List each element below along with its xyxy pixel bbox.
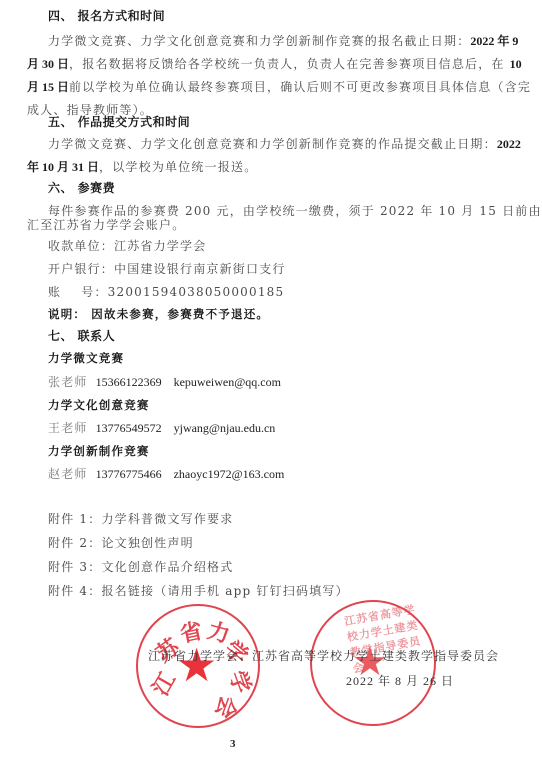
attachment-3: 附件 3：文化创意作品介绍格式 [48, 559, 468, 575]
contact-phone: 13776549572 [96, 421, 162, 435]
attachment-1: 附件 1：力学科普微文写作要求 [48, 511, 468, 527]
section-4-paragraph-line-3: 月 15 日前以学校为单位确认最终参赛项目，确认后则不可更改参赛项目具体信息（含… [27, 79, 447, 95]
contact-competition-3: 力学创新制作竞赛 [48, 443, 468, 459]
payee: 收款单位：江苏省力学学会 [48, 238, 468, 254]
deadline-date: 2022 年 9 [470, 34, 518, 48]
text: 力学微文竞赛、力学文化创意竞赛和力学创新制作竞赛的作品提交截止日期： [48, 137, 497, 151]
page-number: 3 [230, 738, 236, 750]
refund-note: 说明： 因故未参赛，参赛费不予退还。 [48, 306, 468, 322]
signature-orgs: 江苏省力学学会、江苏省高等学校力学土建类教学指导委员会 [148, 647, 499, 664]
contact-name: 张老师 [48, 375, 88, 389]
section-4-paragraph-line-1: 力学微文竞赛、力学文化创意竞赛和力学创新制作竞赛的报名截止日期：2022 年 9 [48, 33, 468, 49]
contact-email: yjwang@njau.edu.cn [174, 421, 276, 435]
attachment-4: 附件 4：报名链接（请用手机 app 钉钉扫码填写） [48, 583, 468, 599]
contact-email: kepuweiwen@qq.com [174, 375, 281, 389]
contact-email: zhaoyc1972@163.com [174, 467, 285, 481]
signature-date: 2022 年 8 月 26 日 [346, 672, 454, 689]
text: ，以学校为单位统一报送。 [99, 160, 257, 174]
contact-3: 赵老师13776775466zhaoyc1972@163.com [48, 466, 468, 482]
section-5-paragraph-line-2: 年 10 月 31 日，以学校为单位统一报送。 [27, 159, 447, 175]
contact-competition-1: 力学微文竞赛 [48, 350, 468, 366]
submit-date: 2022 [497, 137, 521, 151]
stamp-char: 学 [223, 666, 260, 697]
submit-date: 年 10 月 31 日 [27, 160, 99, 174]
text: 力学微文竞赛、力学文化创意竞赛和力学创新制作竞赛的报名截止日期： [48, 34, 470, 48]
contact-phone: 13776775466 [96, 467, 162, 481]
contact-phone: 15366122369 [96, 375, 162, 389]
stamp-text: 江苏省高等学校力学土建类教学指导委员会 [343, 600, 433, 677]
stamp-char: 会 [209, 692, 246, 723]
text: 前以学校为单位确认最终参赛项目，确认后则不可更改参赛项目具体信息（含完 [69, 80, 531, 94]
section-5-heading: 五、 作品提交方式和时间 [48, 114, 468, 130]
contact-name: 赵老师 [48, 467, 88, 481]
document-page: 四、 报名方式和时间 力学微文竞赛、力学文化创意竞赛和力学创新制作竞赛的报名截止… [0, 0, 542, 760]
contact-2: 王老师13776549572yjwang@njau.edu.cn [48, 420, 468, 436]
section-7-heading: 七、 联系人 [48, 328, 468, 344]
attachment-2: 附件 2：论文独创性声明 [48, 535, 468, 551]
deadline-date: 月 30 日 [27, 57, 69, 71]
contact-competition-2: 力学文化创意竞赛 [48, 397, 468, 413]
confirm-date: 10 [510, 57, 522, 71]
contact-1: 张老师15366122369kepuweiwen@qq.com [48, 374, 468, 390]
text: ，报名数据将反馈给各学校统一负责人，负责人在完善参赛项目信息后，在 [69, 57, 510, 71]
section-4-heading: 四、 报名方式和时间 [48, 8, 468, 24]
account-number: 账 号：32001594038050000185 [48, 284, 468, 300]
bank: 开户银行：中国建设银行南京新街口支行 [48, 261, 468, 277]
section-6-heading: 六、 参赛费 [48, 180, 468, 196]
section-5-paragraph-line-1: 力学微文竞赛、力学文化创意竞赛和力学创新制作竞赛的作品提交截止日期：2022 [48, 136, 468, 152]
confirm-date: 月 15 日 [27, 80, 69, 94]
section-4-paragraph-line-2: 月 30 日，报名数据将反馈给各学校统一负责人，负责人在完善参赛项目信息后，在 … [27, 56, 447, 72]
section-6-paragraph-line-2: 汇至江苏省力学学会账户。 [27, 217, 447, 233]
contact-name: 王老师 [48, 421, 88, 435]
